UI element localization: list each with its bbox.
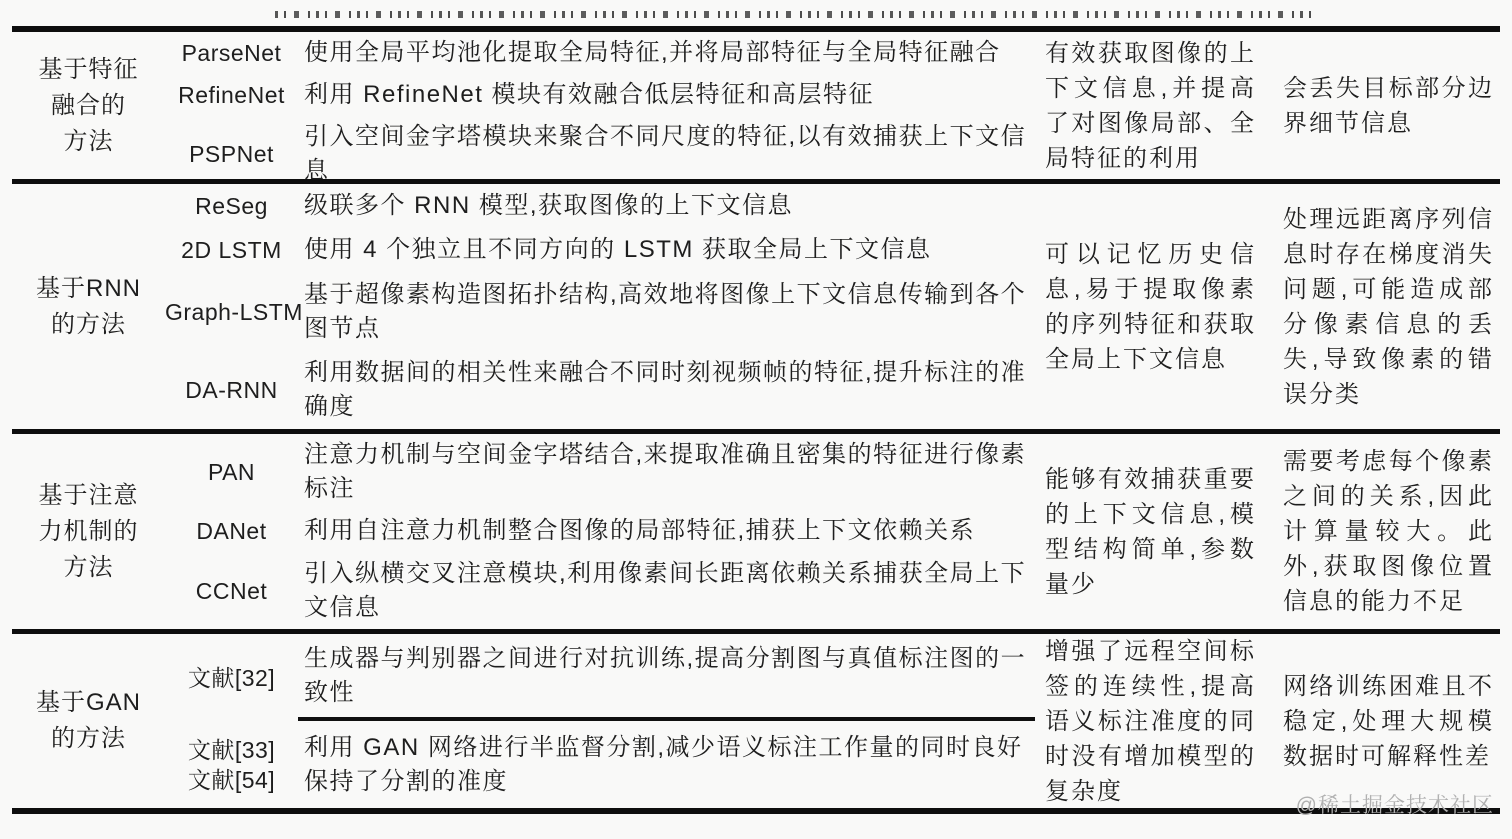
description-cell: 使用全局平均池化提取全局特征,并将局部特征与全局特征融合 xyxy=(298,32,1035,74)
disadvantage-text: 会丢失目标部分边界细节信息 xyxy=(1283,71,1494,141)
description-text: 生成器与判别器之间进行对抗训练,提高分割图与真值标注图的一致性 xyxy=(304,642,1031,710)
disadvantage-text: 网络训练困难且不稳定,处理大规模数据时可解释性差 xyxy=(1283,669,1494,774)
category-line: 方法 xyxy=(64,550,114,586)
table-row: 文献[33] 文献[54] 利用 GAN 网络进行半监督分割,减少语义标注工作量… xyxy=(165,721,1035,808)
row-group-attention: 基于注意 力机制的 方法 PAN 注意力机制与空间金字塔结合,来提取准确且密集的… xyxy=(12,434,1500,634)
description-cell: 级联多个 RNN 模型,获取图像的上下文信息 xyxy=(298,185,1035,227)
category-cell: 基于注意 力机制的 方法 xyxy=(12,434,165,629)
table-row: ParseNet 使用全局平均池化提取全局特征,并将局部特征与全局特征融合 xyxy=(165,32,1035,74)
category-line: 方法 xyxy=(64,124,114,160)
category-line: 基于GAN xyxy=(36,685,141,721)
advantage-text: 可以记忆历史信息,易于提取像素的序列特征和获取全局上下文信息 xyxy=(1045,237,1256,377)
disadvantage-text: 需要考虑每个像素之间的关系,因此计算量较大。此外,获取图像位置信息的能力不足 xyxy=(1283,444,1494,619)
advantage-cell: 能够有效捕获重要的上下文信息,模型结构简单,参数量少 xyxy=(1035,434,1270,629)
advantage-text: 有效获取图像的上下文信息,并提高了对图像局部、全局特征的利用 xyxy=(1045,36,1256,176)
model-name: 2D LSTM xyxy=(165,235,298,265)
description-cell: 利用 RefineNet 模块有效融合低层特征和高层特征 xyxy=(298,74,1035,116)
juejin-watermark: @稀土掘金技术社区 xyxy=(1296,789,1494,819)
category-line: 的方法 xyxy=(51,307,126,343)
model-description-section: PAN 注意力机制与空间金字塔结合,来提取准确且密集的特征进行像素标注 DANe… xyxy=(165,434,1035,629)
description-cell: 利用 GAN 网络进行半监督分割,减少语义标注工作量的同时良好保持了分割的准度 xyxy=(298,727,1035,803)
category-cell: 基于特征 融合的 方法 xyxy=(12,32,165,179)
model-description-section: 文献[32] 生成器与判别器之间进行对抗训练,提高分割图与真值标注图的一致性 文… xyxy=(165,634,1035,808)
model-name: Graph-LSTM xyxy=(165,297,298,327)
model-name-stack: 文献[33] 文献[54] xyxy=(165,735,298,795)
model-name: 文献[32] xyxy=(188,663,275,693)
table-row: PSPNet 引入空间金字塔模块来聚合不同尺度的特征,以有效捕获上下文信息 xyxy=(165,116,1035,192)
model-name: ParseNet xyxy=(165,38,298,68)
disadvantage-cell: 需要考虑每个像素之间的关系,因此计算量较大。此外,获取图像位置信息的能力不足 xyxy=(1270,434,1500,629)
model-name: PAN xyxy=(165,457,298,487)
description-cell: 注意力机制与空间金字塔结合,来提取准确且密集的特征进行像素标注 xyxy=(298,434,1035,510)
description-cell: 使用 4 个独立且不同方向的 LSTM 获取全局上下文信息 xyxy=(298,229,1035,271)
model-name: CCNet xyxy=(165,576,298,606)
table-row: CCNet 引入纵横交叉注意模块,利用像素间长距离依赖关系捕获全局上下文信息 xyxy=(165,553,1035,629)
model-name: 文献[54] xyxy=(188,765,275,795)
category-cell: 基于GAN 的方法 xyxy=(12,634,165,808)
table-row: DANet 利用自注意力机制整合图像的局部特征,捕获上下文依赖关系 xyxy=(165,510,1035,552)
description-cell: 利用自注意力机制整合图像的局部特征,捕获上下文依赖关系 xyxy=(298,510,1035,552)
disadvantage-cell: 网络训练困难且不稳定,处理大规模数据时可解释性差 xyxy=(1270,634,1500,808)
paper-table-page: 基于特征 融合的 方法 ParseNet 使用全局平均池化提取全局特征,并将局部… xyxy=(0,0,1512,839)
methods-comparison-table: 基于特征 融合的 方法 ParseNet 使用全局平均池化提取全局特征,并将局部… xyxy=(12,26,1500,814)
advantage-text: 增强了远程空间标签的连续性,提高语义标注准度的同时没有增加模型的复杂度 xyxy=(1045,634,1256,809)
table-row: RefineNet 利用 RefineNet 模块有效融合低层特征和高层特征 xyxy=(165,74,1035,116)
table-row: Graph-LSTM 基于超像素构造图拓扑结构,高效地将图像上下文信息传输到各个… xyxy=(165,274,1035,350)
category-line: 基于RNN xyxy=(36,271,141,307)
category-line: 融合的 xyxy=(51,88,126,124)
category-line: 的方法 xyxy=(51,721,126,757)
category-line: 基于注意 xyxy=(39,478,139,514)
description-cell: 引入空间金字塔模块来聚合不同尺度的特征,以有效捕获上下文信息 xyxy=(298,116,1035,192)
table-row: ReSeg 级联多个 RNN 模型,获取图像的上下文信息 xyxy=(165,185,1035,227)
table-row: DA-RNN 利用数据间的相关性来融合不同时刻视频帧的特征,提升标注的准确度 xyxy=(165,352,1035,428)
model-name: RefineNet xyxy=(165,80,298,110)
advantage-cell: 可以记忆历史信息,易于提取像素的序列特征和获取全局上下文信息 xyxy=(1035,184,1270,429)
advantage-text: 能够有效捕获重要的上下文信息,模型结构简单,参数量少 xyxy=(1045,462,1256,602)
clipped-caption-fragments xyxy=(275,4,1315,18)
disadvantage-cell: 会丢失目标部分边界细节信息 xyxy=(1270,32,1500,179)
model-name: 文献[33] xyxy=(188,735,275,765)
model-name: PSPNet xyxy=(165,139,298,169)
description-text: 利用 GAN 网络进行半监督分割,减少语义标注工作量的同时良好保持了分割的准度 xyxy=(304,734,1023,795)
description-cell: 基于超像素构造图拓扑结构,高效地将图像上下文信息传输到各个图节点 xyxy=(298,274,1035,350)
advantage-cell: 有效获取图像的上下文信息,并提高了对图像局部、全局特征的利用 xyxy=(1035,32,1270,179)
model-description-section: ReSeg 级联多个 RNN 模型,获取图像的上下文信息 2D LSTM 使用 … xyxy=(165,184,1035,429)
category-line: 力机制的 xyxy=(39,514,139,550)
row-group-rnn: 基于RNN 的方法 ReSeg 级联多个 RNN 模型,获取图像的上下文信息 2… xyxy=(12,184,1500,434)
disadvantage-cell: 处理远距离序列信息时存在梯度消失问题,可能造成部分像素信息的丢失,导致像素的错误… xyxy=(1270,184,1500,429)
model-name: ReSeg xyxy=(165,191,298,221)
model-description-section: ParseNet 使用全局平均池化提取全局特征,并将局部特征与全局特征融合 Re… xyxy=(165,32,1035,179)
description-cell: 利用数据间的相关性来融合不同时刻视频帧的特征,提升标注的准确度 xyxy=(298,352,1035,428)
model-name: DANet xyxy=(165,516,298,546)
row-group-feature-fusion: 基于特征 融合的 方法 ParseNet 使用全局平均池化提取全局特征,并将局部… xyxy=(12,32,1500,184)
table-row: 文献[32] 生成器与判别器之间进行对抗训练,提高分割图与真值标注图的一致性 xyxy=(165,634,1035,721)
description-cell: 引入纵横交叉注意模块,利用像素间长距离依赖关系捕获全局上下文信息 xyxy=(298,553,1035,629)
model-name-stack: 文献[32] xyxy=(165,663,298,693)
description-cell: 生成器与判别器之间进行对抗训练,提高分割图与真值标注图的一致性 xyxy=(298,634,1035,721)
model-name: DA-RNN xyxy=(165,375,298,405)
row-group-gan: 基于GAN 的方法 文献[32] 生成器与判别器之间进行对抗训练,提高分割图与真… xyxy=(12,634,1500,808)
table-row: PAN 注意力机制与空间金字塔结合,来提取准确且密集的特征进行像素标注 xyxy=(165,434,1035,510)
category-line: 基于特征 xyxy=(39,52,139,88)
disadvantage-text: 处理远距离序列信息时存在梯度消失问题,可能造成部分像素信息的丢失,导致像素的错误… xyxy=(1283,202,1494,412)
category-cell: 基于RNN 的方法 xyxy=(12,184,165,429)
table-row: 2D LSTM 使用 4 个独立且不同方向的 LSTM 获取全局上下文信息 xyxy=(165,229,1035,271)
advantage-cell: 增强了远程空间标签的连续性,提高语义标注准度的同时没有增加模型的复杂度 xyxy=(1035,634,1270,808)
